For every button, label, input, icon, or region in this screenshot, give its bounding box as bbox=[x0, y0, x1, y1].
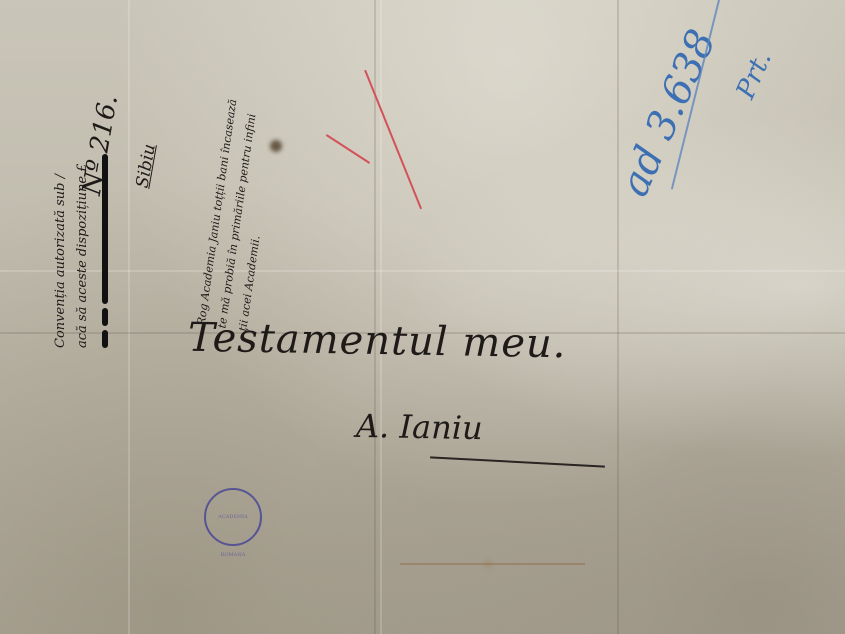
signature: A. Ianiu bbox=[356, 407, 483, 447]
ink-stamp: ACADEMIA ROMANA bbox=[204, 488, 262, 546]
document-title: Testamentul meu. bbox=[188, 315, 567, 368]
stamp-text: ACADEMIA ROMANA bbox=[214, 498, 252, 536]
margin-line: Convenția autorizată sub / bbox=[50, 18, 72, 348]
fold-line bbox=[128, 0, 130, 634]
fold-line bbox=[0, 270, 845, 272]
fold-line bbox=[400, 563, 585, 565]
rust-stain bbox=[484, 560, 492, 568]
fold-line bbox=[380, 0, 382, 634]
paper-sheet bbox=[0, 0, 845, 634]
fold-line bbox=[617, 0, 619, 634]
